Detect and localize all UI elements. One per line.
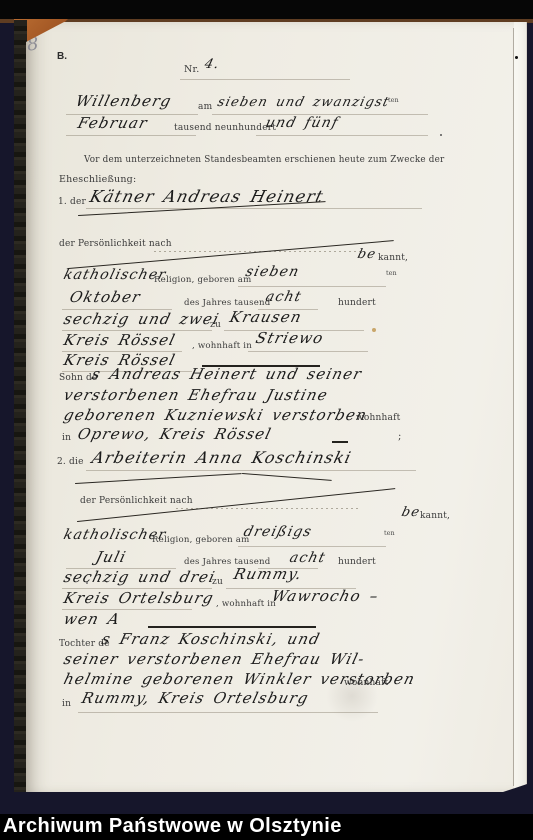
day-suffix: ten: [388, 96, 399, 104]
ledger-rule: [238, 546, 386, 547]
ledger-rule: [180, 79, 350, 80]
pen-stroke: [75, 473, 242, 484]
groom-hundert-print: hundert: [338, 299, 376, 309]
groom-day-suffix: ten: [386, 269, 397, 277]
groom-wohnhaft2-print: wohnhaft: [356, 414, 400, 424]
bride-birth-kreis: Kreis Ortelsburg: [62, 591, 216, 607]
paper-stain: [372, 328, 376, 332]
marriage-month: Februar: [76, 116, 149, 132]
groom-religion: katholischer: [62, 268, 168, 283]
bride-year-hand1: acht: [288, 551, 327, 566]
groom-be: be: [356, 248, 378, 262]
bride-persoenlichkeit: der Persönlichkeit nach: [80, 497, 193, 507]
groom-birth-day: sieben: [244, 265, 301, 280]
groom-kannt: kannt,: [378, 254, 408, 264]
groom-birth-month: Oktober: [68, 290, 142, 306]
photo-background-top: [0, 0, 533, 20]
groom-birth-kreis: Kreis Rössel: [62, 333, 177, 349]
groom-parents2: verstorbenen Ehefrau Justine: [62, 388, 330, 404]
groom-semicolon: ;: [398, 431, 402, 442]
bride-name: Arbeiterin Anna Koschinski: [90, 450, 353, 467]
bride-zu-print: zu: [212, 578, 223, 588]
groom-year-hand2: sechzig und zwei: [62, 312, 221, 328]
groom-wohnhaft-print: , wohnhaft in: [192, 342, 252, 351]
ledger-rule: [238, 286, 386, 287]
book-binding-edge: [14, 20, 27, 792]
print-tausend: tausend neunhundert: [174, 124, 276, 134]
ledger-rule: [86, 470, 416, 471]
bride-religion-print: Religion, geboren am: [152, 536, 249, 545]
ledger-rule: [248, 351, 368, 352]
bride-birth-month: Juli: [94, 550, 128, 566]
archival-scan: 8 B. Nr. 4. Willenberg am sieben und zwa…: [0, 0, 533, 840]
intro-line-2: Eheschließung:: [59, 175, 136, 185]
groom-birth-place: Krausen: [228, 310, 304, 326]
nr-value: 4.: [203, 58, 221, 72]
paper-speck: [440, 134, 442, 136]
bride-birth-day: dreißigs: [242, 525, 314, 540]
paper-speck: [515, 56, 518, 59]
bride-parents1: s Franz Koschinski, und: [100, 632, 322, 648]
page-edge-sliver: [514, 22, 526, 792]
pen-dash: [148, 626, 316, 628]
print-am: am: [198, 103, 212, 113]
bride-day-suffix: ten: [384, 529, 395, 537]
bride-index: 2. die: [57, 458, 84, 468]
page-crease: [513, 28, 514, 786]
ink-smudge: [326, 670, 378, 722]
bride-wohnhaft-print: , wohnhaft in: [216, 600, 276, 609]
nr-label: Nr.: [184, 65, 199, 75]
bride-residence1: Wawrocho –: [270, 589, 380, 605]
groom-index: 1. der: [58, 198, 86, 208]
pen-stroke: [242, 473, 332, 481]
groom-parents3: geborenen Kuzniewski verstorben: [62, 408, 369, 424]
ledger-rule: [256, 135, 428, 136]
paper-speck: [86, 582, 88, 584]
marriage-place: Willenberg: [74, 94, 173, 110]
groom-residence: Striewo: [254, 331, 325, 347]
registry-page: 8 B. Nr. 4. Willenberg am sieben und zwa…: [26, 22, 527, 792]
marriage-day: sieben und zwanzigst: [216, 96, 391, 110]
groom-year-hand1: acht: [264, 290, 303, 305]
bride-hundert-print: hundert: [338, 558, 376, 568]
ledger-rule: [66, 135, 196, 136]
bride-residence2: wen A: [62, 612, 122, 628]
bride-birth-place: Rummy.: [232, 567, 304, 583]
ledger-rule: [86, 208, 422, 209]
groom-religion-print: Religion, geboren am: [154, 276, 251, 285]
bride-in-print: in: [62, 700, 71, 710]
intro-line-1: Vor dem unterzeichneten Standesbeamten e…: [84, 156, 444, 166]
bride-parents-residence: Rummy, Kreis Ortelsburg: [80, 691, 310, 707]
marriage-year: und fünf: [264, 116, 340, 131]
groom-persoenlichkeit: der Persönlichkeit nach: [59, 240, 172, 250]
groom-in-print: in: [62, 434, 71, 444]
archive-caption: Archiwum Państwowe w Olsztynie: [3, 815, 342, 838]
groom-parents-residence: Oprewo, Kreis Rössel: [76, 427, 273, 443]
groom-parents1: s Andreas Heinert und seiner: [90, 367, 364, 383]
bride-kannt: kannt,: [420, 512, 450, 522]
pen-dash: [332, 441, 348, 443]
bride-be: be: [400, 506, 422, 520]
bride-parents2: seiner verstorbenen Ehefrau Wil-: [62, 652, 366, 668]
archive-caption-bar: Archiwum Państwowe w Olsztynie: [0, 814, 533, 840]
section-letter: B.: [57, 51, 67, 62]
